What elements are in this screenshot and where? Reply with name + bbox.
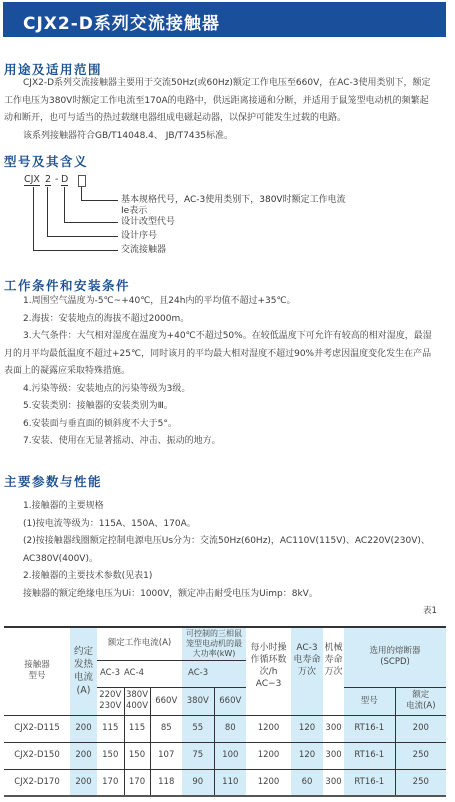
cell-elec-life: 120 [291,742,323,769]
cell-ac3: 170 [97,769,124,796]
cell-ac3: 150 [97,742,124,769]
header-660v: 660V [150,687,182,715]
condition-item: 2.海拔：安装地点的海拔不超过2000m。 [4,311,447,329]
condition-item-cont: 表面上的凝露应采取特殊措施。 [4,363,447,381]
param-item: AC380V(400V)。 [4,551,447,569]
param-item: (1)按电流等级为：115A、150A、170A。 [4,516,447,534]
header-rated-current: 额定工作电流(A) [97,627,182,660]
cell-ops: 1200 [246,742,291,769]
usage-paragraph: CJX2-D系列交流接触器主要用于交流50Hz(或60Hz)额定工作电压至660… [4,75,447,145]
cell-thermal: 200 [70,715,97,742]
cell-model: CJX2-D170 [4,769,70,796]
cell-power-660v: 80 [214,715,246,742]
section-title-model: 型号及其含义 [4,152,88,170]
header-220v: 220V 230V [97,687,124,715]
usage-line: 动和断开，也可与适当的热过载继电器组成电磁起动器，以保护可能发生过载的电路。 [4,110,447,128]
header-ac3: AC-3 [97,660,124,687]
cell-model: CJX2-D115 [4,715,70,742]
header-power-380v: 380V [182,687,214,715]
connector-line [47,236,118,237]
section-title-conditions: 工作条件和安装条件 [4,276,130,294]
connector-line [64,187,65,222]
cell-power-660v: 110 [214,769,246,796]
connector-line [33,250,118,251]
header-model: 接触器 型号 [4,627,70,715]
connector-line [64,222,118,223]
cell-660v: 118 [150,769,182,796]
usage-line: 该系列接触器符合GB/T14048.4、 JB/T7435标准。 [4,128,447,146]
connector-line [47,187,48,236]
model-part-num: 2 [45,174,51,186]
table-caption: 表1 [423,604,437,616]
header-power-ac3: AC-3 [182,660,246,687]
cell-power-660v: 100 [214,742,246,769]
usage-line: CJX2-D系列交流接触器主要用于交流50Hz(或60Hz)额定工作电压至660… [4,75,447,93]
condition-item: 5.安装类别：接触器的安装类别为Ⅲ。 [4,398,447,416]
model-desc-series: 设计序号 [121,231,157,242]
model-part-dash: - [55,174,58,185]
condition-item: 6.安装面与垂直面的倾斜度不大于5°。 [4,416,447,434]
spec-table: 接触器 型号 约定 发热 电流 (A) 额定工作电流(A) 可控制的三相鼠 笼型… [4,626,446,797]
cell-ops: 1200 [246,715,291,742]
header-fuse-current: 额定 电流(A) [395,687,446,715]
model-desc-spec-cont: Ie表示 [121,206,147,217]
param-item: (2)按接触器线圈额定控制电源电压Us分为：交流50Hz(60Hz)，AC110… [4,533,447,551]
cell-ac4: 170 [124,769,150,796]
param-item: 接触器的额定绝缘电压为Ui：1000V，额定冲击耐受电压为Uimp：8kV。 [4,586,447,604]
model-desc-spec: 基本规格代号，AC-3使用类别下，380V时额定工作电流 [121,195,346,206]
header-empty [150,660,182,687]
cell-power-380v: 75 [182,742,214,769]
cell-660v: 85 [150,715,182,742]
params-list: 1.接触器的主要规格 (1)按电流等级为：115A、150A、170A。 (2)… [4,498,447,603]
header-fuse-type: 型号 [344,687,395,715]
cell-elec-life: 120 [291,715,323,742]
cell-power-380v: 90 [182,769,214,796]
cell-mech-life: 300 [323,715,344,742]
header-motor-power: 可控制的三相鼠 笼型电动机的最 大功率(kW) [182,627,246,660]
table-row: CJX2-D170 200 170 170 118 90 110 1200 60… [4,769,446,796]
table-row: CJX2-D115 200 115 115 85 55 80 1200 120 … [4,715,446,742]
cell-power-380v: 55 [182,715,214,742]
model-part-d: D [61,174,68,186]
header-thermal-current: 约定 发热 电流 (A) [70,627,97,715]
param-item: 1.接触器的主要规格 [4,498,447,516]
cell-660v: 107 [150,742,182,769]
connector-line [33,187,34,250]
condition-item: 4.污染等级：安装地点的污染等级为3级。 [4,381,447,399]
header-380v: 380V 400V [124,687,150,715]
header-ac4: AC-4 [124,660,150,687]
cell-model: CJX2-D150 [4,742,70,769]
cell-ac3: 115 [97,715,124,742]
cell-fuse-current: 250 [395,742,446,769]
param-item: 2.接触器的主要技术参数(见表1) [4,568,447,586]
cell-elec-life: 60 [291,769,323,796]
section-title-params: 主要参数与性能 [4,472,102,490]
cell-fuse-current: 250 [395,769,446,796]
header-electrical-life: AC-3 电寿命 万次 [291,627,323,715]
condition-item: 7.安装、使用在无显著摇动、冲击、振动的地方。 [4,433,447,451]
condition-item: 3.大气条件：大气相对湿度在温度为+40℃不超过50%。在较低温度下可允许有较高… [4,328,447,346]
title-banner: CJX2-D系列交流接触器 [3,2,446,37]
page-title: CJX2-D系列交流接触器 [23,9,220,34]
cell-fuse-type: RT16-1 [344,742,395,769]
header-mechanical-life: 机械 寿命 万次 [323,627,344,715]
connector-line [81,200,118,201]
condition-item-cont: 月的月平均最低温度不超过+25℃，同时该月的平均最大相对湿度不超过90%并考虑因… [4,346,447,364]
model-desc-revision: 设计改型代号 [121,217,175,228]
connector-line [81,187,82,200]
model-part-cjx: CJX [24,174,40,186]
cell-mech-life: 300 [323,769,344,796]
cell-ac4: 150 [124,742,150,769]
model-desc-type: 交流接触器 [121,245,166,256]
table-row: CJX2-D150 200 150 150 107 75 100 1200 12… [4,742,446,769]
placeholder-box-icon [78,175,86,187]
header-power-660v: 660V [214,687,246,715]
cell-thermal: 200 [70,742,97,769]
cell-fuse-current: 200 [395,715,446,742]
header-ops-per-hour: 每小时操 作循环数 次/h AC−3 [246,627,291,715]
cell-fuse-type: RT16-1 [344,769,395,796]
condition-item: 1.周围空气温度为-5℃~+40℃，且24h内的平均值不超过+35℃。 [4,293,447,311]
cell-fuse-type: RT16-1 [344,715,395,742]
header-fuse: 选用的熔断器 (SCPD) [344,627,446,687]
cell-ops: 1200 [246,769,291,796]
usage-line: 工作电压为380V时额定工作电流至170A的电路中，供远距离接通和分断，并适用于… [4,93,447,111]
conditions-list: 1.周围空气温度为-5℃~+40℃，且24h内的平均值不超过+35℃。 2.海拔… [4,293,447,451]
cell-mech-life: 300 [323,742,344,769]
cell-ac4: 115 [124,715,150,742]
cell-thermal: 200 [70,769,97,796]
